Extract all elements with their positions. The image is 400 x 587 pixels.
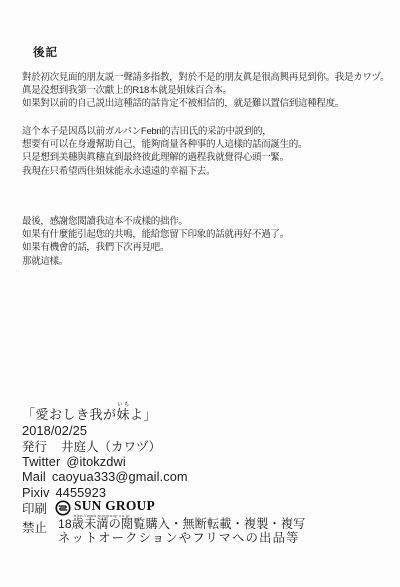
publish-date: 2018/02/25 — [22, 423, 305, 438]
afterword-page: 後記 對於初次見面的朋友説一聲請多指教，對於不是的朋友眞是很高興再見到你。我是カ… — [0, 0, 400, 587]
pixiv-row: Pixiv 4455923 — [22, 485, 305, 500]
sun-group-logo-icon — [55, 500, 71, 516]
paragraph-line: 對於初次見面的朋友説一聲請多指教，對於不是的朋友眞是很高興再見到你。我是カワヅ。 — [22, 71, 389, 84]
paragraph-line: 想要有可以在身邊幫助自己，能夠商量各种事的人這樣的話而誕生的。 — [22, 138, 307, 151]
paragraph-line: 這个本子是因爲以前ガルパンFebri的吉田氏的采訪中説到的， — [22, 125, 307, 138]
paragraph-line: 如果有機會的話，我們下次再見吧。 — [22, 241, 289, 254]
printer-row: 印刷 SUN GROUP http://www.sungroup.co.jp — [22, 500, 305, 517]
pixiv-label: Pixiv — [22, 485, 50, 500]
publisher-row: 発行 井庭人（カワヅ） — [22, 438, 305, 453]
printer-label: 印刷 — [22, 499, 47, 517]
paragraph-line: 我現在只希望西住姐妹能永永遠遠的幸福下去。 — [22, 165, 307, 178]
twitter-row: Twitter @itokzdwi — [22, 454, 305, 469]
prohibition-line: 18歳未満の閲覧購入・無断転載・複製・複写 — [58, 518, 305, 532]
prohibition-label: 禁止 — [22, 518, 58, 536]
book-title-suffix: よ」 — [130, 404, 157, 423]
mail-address: caoyua333@gmail.com — [52, 469, 188, 484]
paragraph-line: 如果對以前的自己説出這種話的話肯定不被相信的，就是難以置信到這種程度。 — [22, 97, 389, 110]
prohibition-line: ネットオークションやフリマへの出品等 — [58, 532, 305, 546]
paragraph-line: 最後，感謝您閲讀我這本不成樣的拙作。 — [22, 215, 289, 228]
colophon: 「愛おしき我が妹いもよ」 2018/02/25 発行 井庭人（カワヅ） Twit… — [22, 402, 305, 546]
printer-name-block: SUN GROUP http://www.sungroup.co.jp — [74, 499, 155, 518]
afterword-paragraph: 對於初次見面的朋友説一聲請多指教，對於不是的朋友眞是很高興再見到你。我是カワヅ。… — [22, 71, 389, 111]
prohibition-row: 禁止 18歳未満の閲覧購入・無断転載・複製・複写 ネットオークションやフリマへの… — [22, 518, 305, 546]
book-title-prefix: 「愛おしき我が — [22, 404, 117, 423]
paragraph-line: 如果有什麼能引起您的共鳴，能給您留下印象的話就再好不過了。 — [22, 228, 289, 241]
publisher-label: 発行 — [22, 437, 47, 455]
twitter-label: Twitter — [22, 454, 60, 469]
mail-row: Mail caoyua333@gmail.com — [22, 469, 305, 484]
afterword-heading: 後記 — [33, 44, 58, 60]
book-title-ruby-base: 妹 — [117, 407, 131, 422]
book-title: 「愛おしき我が妹いもよ」 — [22, 402, 305, 423]
paragraph-line: 那就這樣。 — [22, 255, 289, 268]
paragraph-line: 眞是没想到我第一次獻上的R18本就是姐妹百合本。 — [22, 84, 389, 97]
paragraph-line: 只是想到美穗與眞穗直到最終彼此理解的過程我就覺得心頭一緊。 — [22, 151, 307, 164]
afterword-paragraph: 這个本子是因爲以前ガルパンFebri的吉田氏的采訪中説到的， 想要有可以在身邊幫… — [22, 125, 307, 178]
afterword-paragraph: 最後，感謝您閲讀我這本不成樣的拙作。 如果有什麼能引起您的共鳴，能給您留下印象的… — [22, 215, 289, 268]
twitter-handle: @itokzdwi — [66, 454, 125, 469]
mail-label: Mail — [22, 469, 46, 484]
prohibition-lines: 18歳未満の閲覧購入・無断転載・複製・複写 ネットオークションやフリマへの出品等 — [58, 518, 305, 546]
printer-logo: SUN GROUP http://www.sungroup.co.jp — [55, 499, 155, 518]
printer-name: SUN GROUP — [74, 499, 155, 513]
publisher-name: 井庭人（カワヅ） — [61, 437, 161, 455]
book-title-ruby: 妹いも — [117, 402, 131, 423]
book-title-furigana: いも — [117, 402, 131, 408]
